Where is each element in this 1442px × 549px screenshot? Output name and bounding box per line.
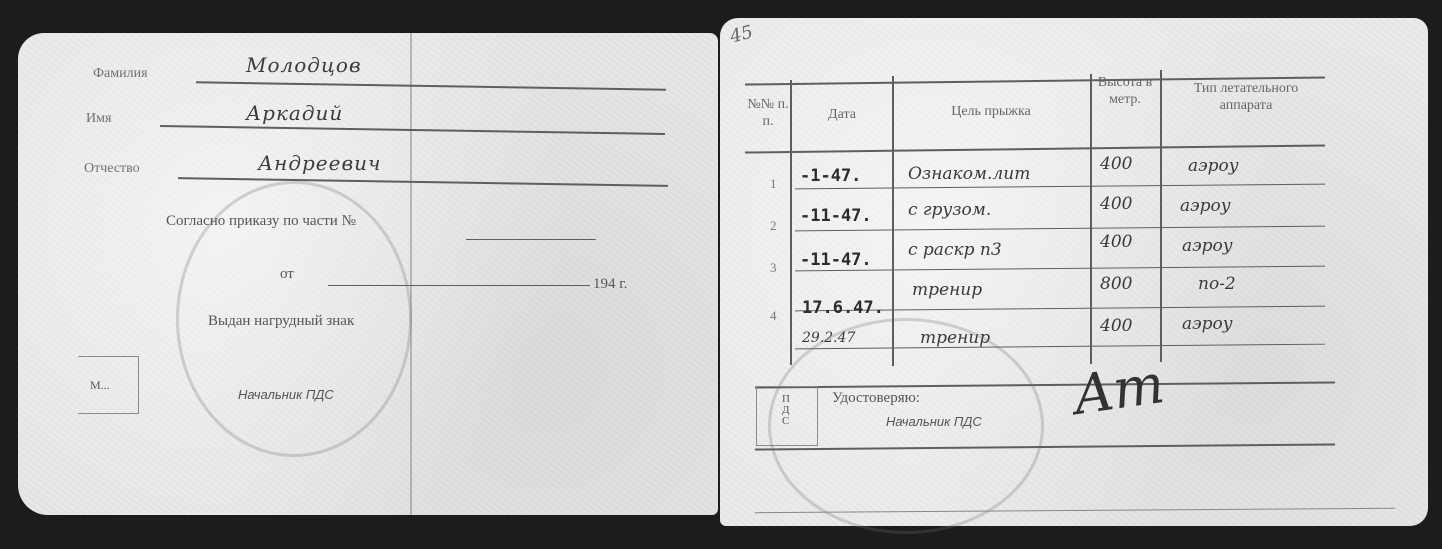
row-height: 400: [1100, 154, 1132, 174]
header-date: Дата: [794, 106, 890, 123]
page-fold: [410, 33, 412, 515]
row-line: [795, 266, 1325, 272]
row-line: [795, 226, 1325, 232]
surname-label: Фамилия: [93, 66, 148, 82]
col-divider-1: [790, 80, 792, 365]
row-date: -11-47.: [800, 250, 872, 270]
header-height: Высота в метр.: [1092, 74, 1158, 108]
row-number: 1: [770, 176, 777, 192]
header-aircraft: Тип летательного аппарата: [1166, 80, 1326, 114]
row-date: -1-47.: [800, 166, 861, 186]
name-label: Имя: [86, 111, 111, 127]
row-height: 400: [1100, 316, 1132, 336]
row-purpose: тренир: [912, 280, 982, 300]
row-date: -11-47.: [800, 206, 872, 226]
header-number: №№ п. п.: [746, 96, 790, 130]
row-line: [795, 184, 1325, 190]
corner-mark: 45: [728, 21, 756, 47]
header-purpose: Цель прыжка: [896, 103, 1086, 120]
patronymic-value: Андреевич: [258, 151, 381, 175]
signatory-title: Начальник ПДС: [886, 414, 982, 429]
row-height: 400: [1100, 194, 1132, 214]
row-purpose: с раскр п3: [908, 240, 1002, 260]
left-page: Фамилия Молодцов Имя Аркадий Отчество Ан…: [18, 33, 718, 515]
signature: Am: [1070, 352, 1168, 427]
row-height: 400: [1100, 232, 1132, 252]
row-aircraft: по-2: [1198, 274, 1236, 294]
row-number: 4: [770, 308, 777, 324]
col-divider-4: [1160, 70, 1162, 362]
row-aircraft: аэроу: [1188, 156, 1239, 176]
patronymic-line: [178, 177, 668, 187]
name-value: Аркадий: [246, 101, 343, 125]
order-number-line: [466, 239, 596, 240]
row-aircraft: аэроу: [1182, 236, 1233, 256]
row-purpose: Ознаком.лит: [908, 164, 1030, 184]
row-purpose: с грузом.: [908, 200, 991, 220]
row-number: 3: [770, 260, 777, 276]
row-date: 17.6.47.: [802, 298, 884, 318]
row-aircraft: аэроу: [1182, 314, 1233, 334]
signatory-title: Начальник ПДС: [238, 387, 334, 402]
certify-text: Удостоверяю:: [832, 390, 920, 407]
table-header-border: [745, 144, 1325, 153]
patronymic-label: Отчество: [84, 161, 140, 177]
col-divider-3: [1090, 74, 1092, 364]
surname-line: [196, 81, 666, 90]
right-page: 45 №№ п. п. Дата Цель прыжка Высота в ме…: [720, 18, 1428, 526]
row-aircraft: аэроу: [1180, 196, 1231, 216]
stamp-box-text: М...: [90, 378, 110, 393]
row-height: 800: [1100, 274, 1132, 294]
name-line: [160, 125, 665, 135]
order-date-line: [328, 285, 590, 286]
order-year: 194 г.: [593, 276, 627, 293]
surname-value: Молодцов: [246, 53, 362, 77]
order-text: Согласно приказу по части №: [166, 213, 356, 230]
order-from-label: от: [280, 266, 294, 283]
row-number: 2: [770, 218, 777, 234]
badge-text: Выдан нагрудный знак: [208, 313, 354, 330]
